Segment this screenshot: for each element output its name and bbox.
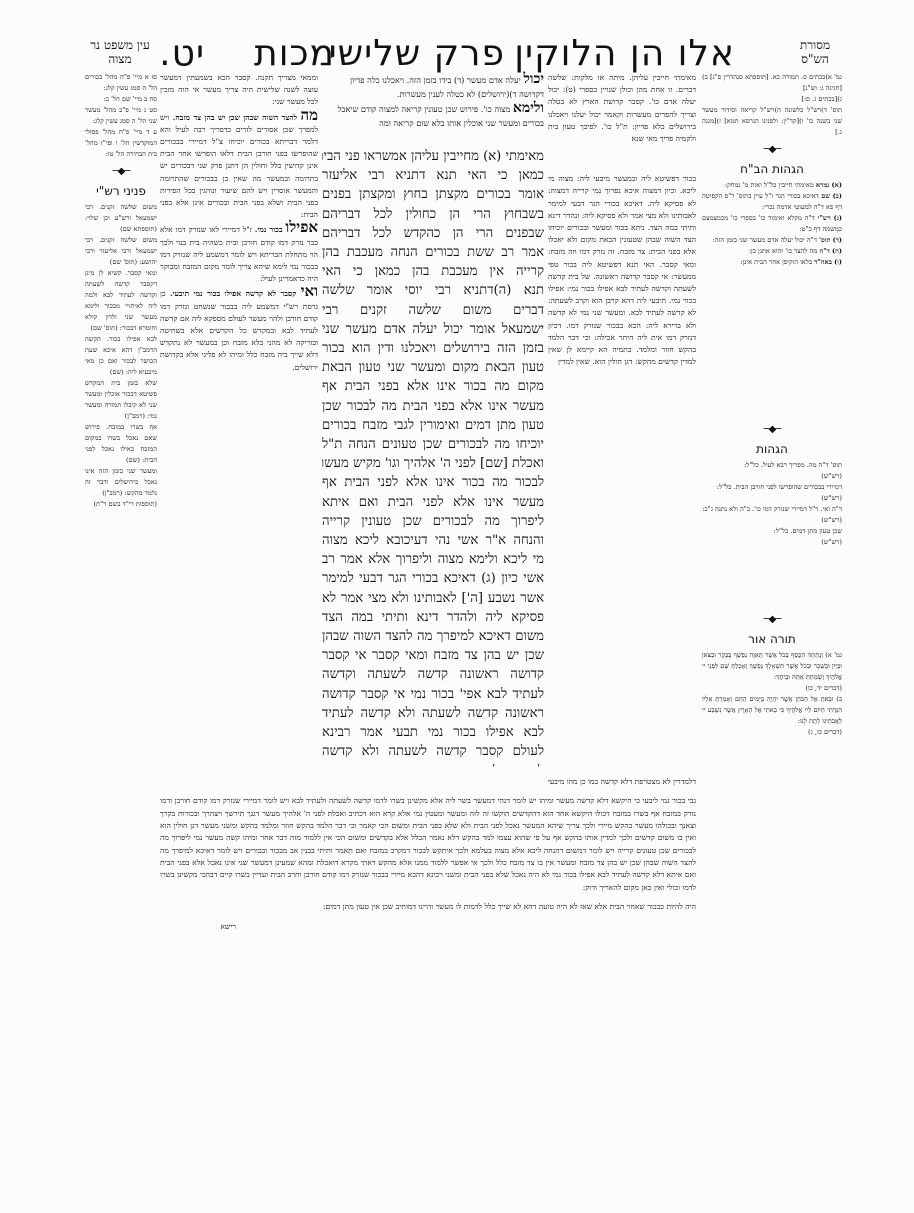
gemara-line: ישמעאל אומר יכול יעלה אדם מעשר שני [322, 320, 544, 339]
bach-note: (ו) באה"ד בלאו הוקיפן אחר הבית אינן: [702, 257, 842, 268]
note-text: מאימתי חייבין כל"ל ואות מ' נמחק: [725, 181, 814, 189]
pninei-note: משום שלשה זקנים. רבי ישמעאל ורש"ע וכן של… [85, 202, 157, 235]
note-head: תוס' [819, 236, 830, 244]
opening-line: יעלה אדם מעשר (ד) בידו בזמן הזה. ויאכלנו… [350, 75, 521, 85]
opening-line: בכורים ומעשר שני אוכלין אותו בלא שום קרי… [322, 116, 544, 130]
ein-mishpat-ref: סז א מיי' פ"ה מהל' בכורים הל' ה סמג עשין… [85, 72, 157, 94]
note-head: שם [821, 192, 830, 200]
opening-line: דקדושה ד)(ירושלים) לא כטלה לענין מעשרות. [322, 87, 544, 101]
pninei-note: לבא אפילו בכור. הקשה הרמב"ן דהא איכא שעת… [85, 334, 157, 378]
pninei-note: ומאי קסבר. קשיא לן מינן דקסבר קדשה לשעתה… [85, 268, 157, 334]
note-mark: (ג) [834, 214, 842, 222]
tosafot-lead-word: מה [300, 106, 318, 124]
rashi-commentary: מאימתי חייבין עליהן. מיתה או מלקות: שלשה… [548, 72, 696, 832]
tosafot-body: ויש למפרך שכן אסורים לזרים כדפריך רבה לע… [160, 113, 318, 220]
pninei-note: ומעשר שני בזמן הזה אינו נאכל בירושלים וד… [85, 466, 157, 499]
rashi-body: בכור דפשיטא ליה ובמעשר מיבעי ליה: מצוה מ… [548, 173, 696, 368]
pninei-note: אף בשרו במזבח. פירוש שאם נאכל בשרו במקום… [85, 422, 157, 466]
gemara-line: שכן יש בהן צד מזבח ומאי קסבר אי קסבר [322, 646, 544, 665]
ornament-divider: ─◆─ [85, 166, 157, 178]
catchword: רישא [160, 921, 696, 933]
tosafot-heading: בכור נמי. [255, 225, 283, 234]
gemara-line: משום דאיכא למיפרך מה להצד השוה שבהן [322, 627, 544, 646]
gemara-line: אמר רב ששת בכורים הנחה מעכבת בהן [322, 243, 544, 262]
gemara-line: ואכלת [שם] לפני ה' אלהיך וגו' מקיש מעשר [322, 454, 544, 473]
bottom-text: גבי בכור נמי ליבעי כי היקשא דלא קדשה מעש… [160, 795, 696, 893]
chapter-number-title: פרק שלישי [329, 32, 505, 76]
note-mark: (ה) [832, 247, 842, 255]
note-mark: (ד) [833, 236, 842, 244]
pninei-note: שלא בזמן בית המקדש פשיטא דבכור אוכלין ומ… [85, 378, 157, 422]
gemara-line: לבא אפילו בכור נמי תבעי אמר רבינא [322, 723, 544, 742]
hagahot-source: (רש"ש) [702, 471, 842, 482]
gemara-main-text: מאימתי (א) מחייבין עליהן אמשראו פני הבית… [322, 147, 544, 767]
gemara-line: ליפרוך מה לבכורים שכן טעונין קרייה [322, 512, 544, 531]
gemara-line: אשי כיון (ג) דאיכא בכורי הגר דבעי למימר [322, 569, 544, 588]
note-head: ד"ה [819, 247, 829, 255]
torah-or-verse: גמ' א) וְנָתַתָּה הַכֶּסֶף בְּכֹל אֲשֶׁר… [702, 650, 842, 683]
masoret-ref: ג)[בכתים ג. ס:] [702, 94, 842, 105]
hagahot-title: הגהות [702, 440, 842, 458]
gemara-line: והנחה א"ר אשי נהי דעיכובא ליכא מצוה [322, 531, 544, 550]
masoret-ref: גמ' א)בכתים ס. תמורה כא. [תוספתא סנהדרין… [702, 72, 842, 94]
ornament-divider: ─◆─ [702, 144, 842, 156]
bach-note: (ב) שם דאיכא בכורי הגר ז"ל עיין בתוס' ר"… [702, 191, 842, 213]
gemara-line: יוכיחו מה לבכורים שכן טעונים הנחה ת"ל [322, 435, 544, 454]
note-text: ד"ה יכול יעלה אדם מעשר שני בזמן הזה: [713, 236, 817, 244]
gemara-line: מעשר אינו אלא לפני הבית ואם איתא [322, 493, 544, 512]
note-mark: (ב) [833, 192, 842, 200]
tosafot-heading: קסבר לא קדשה אפילו בכור נמי תיבעי. [170, 289, 296, 298]
torah-or-title: תורה אור [702, 630, 842, 648]
ornament-divider: ─◆─ [702, 424, 842, 436]
gemara-line: מי ליכא ולימא מצוה וליפרוך אלא אמר רב [322, 550, 544, 569]
torah-or-verse: ב) וּבָאתָ אֶל הַכֹּהֵן אֲשֶׁר יִהְיֶה ב… [702, 694, 842, 727]
gemara-line: מעשר אינו אלא בפני הבית מה לבכור שכן [322, 397, 544, 416]
hagahot-note: שכן טעון מתן דמים. כל"ל: [702, 526, 842, 537]
gemara-line: קרייה אין מעכבת בהן כמאן כי האי [322, 262, 544, 281]
gemara-line: לעולם קסבר קדשה לשעתה ולא קדשה [322, 742, 544, 761]
tosafot-heading: להצד השוה שבהן שכן יש בהן צד מזבח. [173, 113, 298, 122]
gemara-line: תנא (ה)דתניא רבי יוסי אומר שלשה [322, 281, 544, 300]
bach-note: (ג) רש"י ד"ה מקלא ואימור כו' בספרי כו' מ… [702, 213, 842, 235]
gemara-line: לבכור מה בכור אינו אלא לפני הבית אף [322, 473, 544, 492]
note-head: גמרא [816, 181, 830, 189]
gemara-line: אומר בכורים מקצתן בחוץ ומקצתן בפנים [322, 185, 544, 204]
bottom-commentary: דלמדרין לא מצטרפת דלא קדשה כמו כן מהו מי… [160, 768, 696, 1068]
gemara-line: דברים משום שלשה זקנים רבי [322, 301, 544, 320]
bach-note: (ה) ד"ה מה להצד כו' והוא אתגן כן: [702, 246, 842, 257]
masoret-ref: תוס' ד)רש"ל כלשונה ה)רש"ל קריאה וסידור מ… [702, 105, 842, 138]
bach-note: (א) גמרא מאימתי חייבין כל"ל ואות מ' נמחק… [702, 180, 842, 191]
folio-number: יט. [159, 32, 205, 76]
hagahot-habach-title: הגהות הב"ח [702, 160, 842, 178]
pninei-rashi-title: פניני רש"י [85, 182, 157, 200]
ornament-divider: ─◆─ [702, 614, 842, 626]
gemara-line: ראשונה קדשה לשעתה ולא קדשה לעתיד [322, 704, 544, 723]
lead-word: ולימא [513, 100, 544, 116]
gemara-line: שבפנים הרי הן כהקדש לכל דבריהם [322, 224, 544, 243]
gemara-line: לעתיד לבא אפי' בכור נמי אי קסבר קדושה [322, 685, 544, 704]
bottom-intro: דלמדרין לא מצטרפת דלא קדשה כמו כן מהו מי… [160, 776, 696, 788]
tosafot-commentary: וממאי מצריך תקנה. קסבר הכא בשמעתין דמעשר… [160, 72, 318, 832]
note-head: רש"י [818, 214, 831, 222]
gemara-line: טעון מתן דמים ואימורין לגבי מזבח בכורים [322, 416, 544, 435]
gemara-opening-block: יכול יעלה אדם מעשר (ד) בידו בזמן הזה. וי… [322, 72, 544, 130]
talmud-page: מסורת הש"ס אלו הן הלוקין פרק שלישי מכות … [0, 0, 914, 1213]
gemara-line: אשר נשבע [ה'] לאבותינו ולא מצי אמר לא [322, 589, 544, 608]
gemara-line: כמאן כי האי תנא דתניא רבי אליעזר [322, 166, 544, 185]
tosafot-lead-word: ואי [301, 282, 318, 300]
gemara-line: בזמן הזה בירושלים ויאכלנו ודין הוא בכור [322, 339, 544, 358]
gemara-line: בשבחוץ הרי הן כחולין לכל דבריהם [322, 205, 544, 224]
note-mark: (א) [832, 181, 842, 189]
gemara-line: מאימתי (א) מחייבין עליהן אמשראו פני הבית [322, 147, 544, 166]
masoret-hashas-label: מסורת הש"ס [785, 38, 845, 66]
hagahot-source: (רש"ש) [702, 515, 842, 526]
gemara-line: לעתיד לבא והכא בבכור שנזרק דמו [322, 762, 544, 768]
ein-mishpat-label: עין משפט נר מצוה [85, 38, 155, 66]
note-mark: (ו) [834, 258, 842, 266]
opening-line: מצוה כו'. פירוש שכן טעונין קריאה למצוה ק… [338, 104, 511, 114]
gemara-line: טעון הבאת מקום ומעשר שני טעון הבאת [322, 358, 544, 377]
tosafot-body: כן גרסת רש"י דמשמע ליה בבכור שנשחט ונזרק… [160, 289, 318, 371]
ein-mishpat-ref: סט ג מיי' פ"ב מהל' מעשר שני הל' ה סמג עש… [85, 105, 157, 127]
torah-or-source: (דברים כו, ג) [702, 727, 842, 738]
tractate-title: מכות [254, 32, 335, 76]
ein-mishpat-ref: ע ד מיי' פ"ח מהל' פסולי המוקדשין הל' ו ו… [85, 127, 157, 160]
left-margin-column: סז א מיי' פ"ה מהל' בכורים הל' ה סמג עשין… [85, 72, 157, 1072]
hagahot-source: (רש"ש) [702, 537, 842, 548]
pninei-note: משום שלשה זקנים. רבי ישמעאל ורבי אליעזר … [85, 235, 157, 268]
gemara-line: קדושה ראשונה קדשה לשעתה וקדשה [322, 665, 544, 684]
torah-or-source: (דברים יד, כו) [702, 683, 842, 694]
note-text: בלאו הוקיפן אחר הבית אינן: [740, 258, 812, 266]
ein-mishpat-ref: סח ב מיי' שם הל' כ: [85, 94, 157, 105]
lead-word: יכול [523, 71, 544, 87]
hagahot-note: ד"ה ואי. ר"ל דמיירי שנזרק דמו כו'. ב"ה ו… [702, 504, 842, 515]
right-margin-column: גמ' א)בכתים ס. תמורה כא. [תוספתא סנהדרין… [702, 72, 842, 1072]
gemara-line: פסיקא ליה ולהדר דינא ותיתי במה הצד [322, 608, 544, 627]
bottom-last-line: היה להיות כבכור שאחר הבית אלא שאז לא היה… [160, 901, 696, 913]
rashi-opening: מאימתי חייבין עליהן. מיתה או מלקות: שלשה… [548, 72, 696, 145]
hagahot-note: דמיירי בבכורים שהופרשו לפני חורבן הבית. … [702, 482, 842, 493]
chapter-name-title: אלו הן הלוקין [514, 32, 735, 76]
bach-note: (ד) תוס' ד"ה יכול יעלה אדם מעשר שני בזמן… [702, 235, 842, 246]
tosafot-lead-word: אפילו [285, 218, 318, 236]
pninei-note: (תוספות רי"ד בשם ר"ת) [85, 499, 157, 510]
note-head: באה"ד [814, 258, 832, 266]
tosafot-opening: וממאי מצריך תקנה. קסבר הכא בשמעתין דמעשר… [160, 72, 318, 109]
hagahot-note: תוס' ד"ה מה. מפריך רבא לעיל. כל"ל: [702, 460, 842, 471]
gemara-line: מקום מה בכור אינו אלא בפני הבית אף [322, 377, 544, 396]
hagahot-source: (רש"ש) [702, 493, 842, 504]
note-text: מה להצד כו' והוא אתגן כן: [749, 247, 818, 255]
